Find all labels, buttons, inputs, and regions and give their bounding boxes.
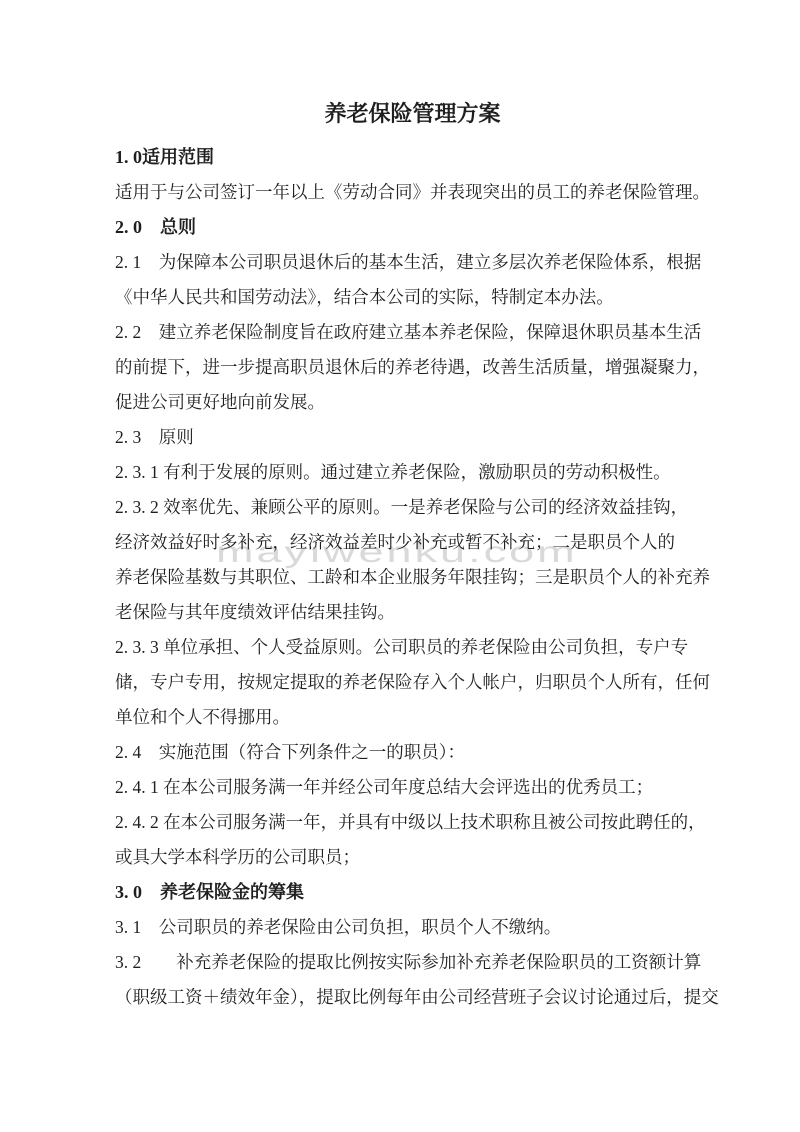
text-line: 促进公司更好地向前发展。 [115, 385, 710, 420]
text-line: 2. 4 实施范围（符合下列条件之一的职员）： [115, 735, 710, 770]
text-line: 《中华人民共和国劳动法》，结合本公司的实际，特制定本办法。 [115, 280, 710, 315]
text-line: 养老保险基数与其职位、工龄和本企业服务年限挂钩；三是职员个人的补充养 [115, 560, 710, 595]
text-line: 2. 3 原则 [115, 420, 710, 455]
heading-line: 3. 0 养老保险金的筹集 [115, 875, 710, 910]
document-content: 养老保险管理方案 1. 0适用范围适用于与公司签订一年以上《劳动合同》并表现突出… [115, 94, 710, 1015]
text-line: 2. 2 建立养老保险制度旨在政府建立基本养老保险，保障退休职员基本生活 [115, 315, 710, 350]
text-line: 经济效益好时多补充，经济效益差时少补充或暂不补充；二是职员个人的 [115, 525, 710, 560]
text-line: 2. 4. 1 在本公司服务满一年并经公司年度总结大会评选出的优秀员工； [115, 770, 710, 805]
text-line: 的前提下，进一步提高职员退休后的养老待遇，改善生活质量，增强凝聚力， [115, 350, 710, 385]
heading-line: 2. 0 总则 [115, 210, 710, 245]
text-line: 3. 1 公司职员的养老保险由公司负担，职员个人不缴纳。 [115, 910, 710, 945]
text-line: 老保险与其年度绩效评估结果挂钩。 [115, 595, 710, 630]
text-line: （职级工资＋绩效年金），提取比例每年由公司经营班子会议讨论通过后，提交 [115, 980, 710, 1015]
document-title: 养老保险管理方案 [115, 94, 710, 134]
text-line: 2. 3. 1 有利于发展的原则。通过建立养老保险，激励职员的劳动积极性。 [115, 455, 710, 490]
document-body: 1. 0适用范围适用于与公司签订一年以上《劳动合同》并表现突出的员工的养老保险管… [115, 140, 710, 1015]
text-line: 2. 3. 3 单位承担、个人受益原则。公司职员的养老保险由公司负担，专户专 [115, 630, 710, 665]
text-line: 2. 4. 2 在本公司服务满一年，并具有中级以上技术职称且被公司按此聘任的， [115, 805, 710, 840]
document-page: mayiwenku.com 养老保险管理方案 1. 0适用范围适用于与公司签订一… [0, 0, 800, 1132]
text-line: 储，专户专用，按规定提取的养老保险存入个人帐户，归职员个人所有，任何 [115, 665, 710, 700]
text-line: 3. 2 补充养老保险的提取比例按实际参加补充养老保险职员的工资额计算 [115, 945, 710, 980]
text-line: 适用于与公司签订一年以上《劳动合同》并表现突出的员工的养老保险管理。 [115, 175, 710, 210]
heading-line: 1. 0适用范围 [115, 140, 710, 175]
text-line: 单位和个人不得挪用。 [115, 700, 710, 735]
text-line: 2. 3. 2 效率优先、兼顾公平的原则。一是养老保险与公司的经济效益挂钩， [115, 490, 710, 525]
text-line: 2. 1 为保障本公司职员退休后的基本生活，建立多层次养老保险体系，根据 [115, 245, 710, 280]
text-line: 或具大学本科学历的公司职员； [115, 840, 710, 875]
